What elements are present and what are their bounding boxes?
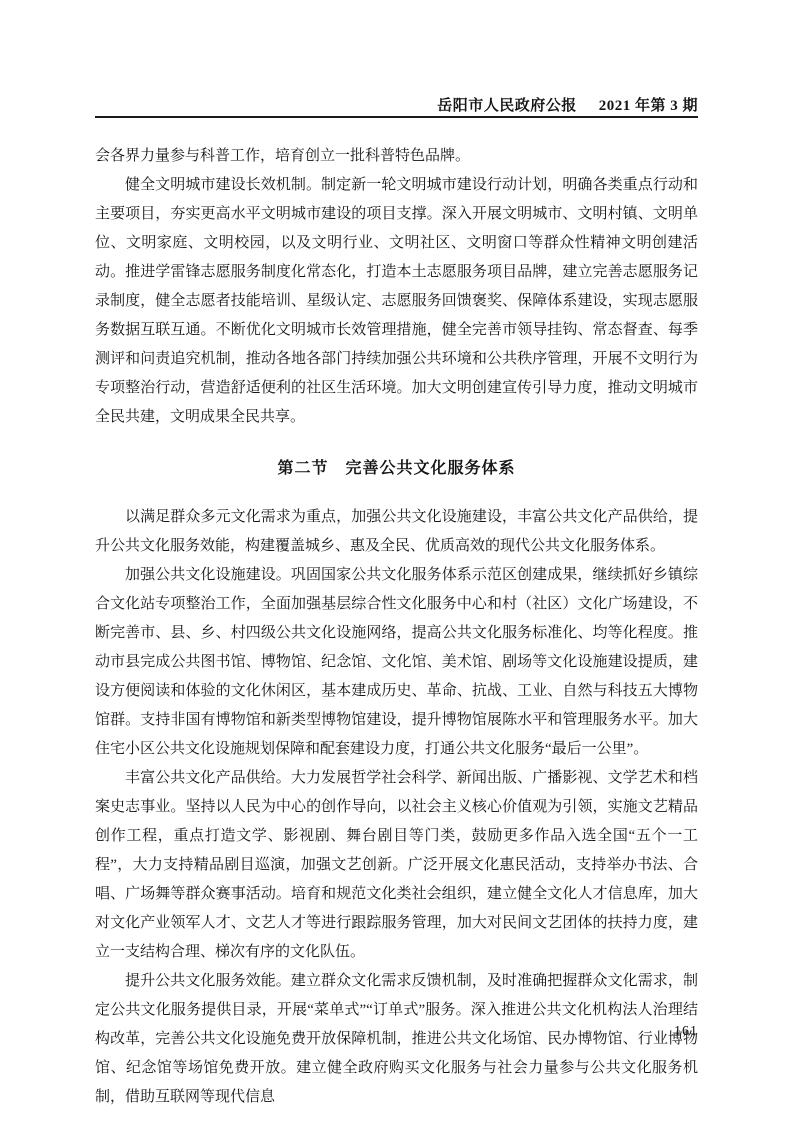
gazette-page: 岳阳市人民政府公报2021 年第 3 期 会各界力量参与科普工作，培育创立一批科… — [0, 0, 793, 1122]
document-body: 会各界力量参与科普工作，培育创立一批科普特色品牌。 健全文明城市建设长效机制。制… — [95, 142, 698, 1112]
body-paragraph-continuation: 会各界力量参与科普工作，培育创立一批科普特色品牌。 — [95, 142, 698, 171]
body-paragraph: 提升公共文化服务效能。建立群众文化需求反馈机制，及时准确把握群众文化需求，制定公… — [95, 967, 698, 1112]
body-paragraph: 丰富公共文化产品供给。大力发展哲学社会科学、新闻出版、广播影视、文学艺术和档案史… — [95, 764, 698, 967]
body-paragraph: 以满足群众多元文化需求为重点，加强公共文化设施建设，丰富公共文化产品供给，提升公… — [95, 503, 698, 561]
body-paragraph: 加强公共文化设施建设。巩固国家公共文化服务体系示范区创建成果，继续抓好乡镇综合文… — [95, 561, 698, 764]
running-header: 岳阳市人民政府公报2021 年第 3 期 — [95, 94, 698, 115]
section-heading: 第二节 完善公共文化服务体系 — [95, 454, 698, 483]
page-number: 161 — [674, 1024, 698, 1040]
body-paragraph: 健全文明城市建设长效机制。制定新一轮文明城市建设行动计划，明确各类重点行动和主要… — [95, 171, 698, 432]
gazette-issue: 2021 年第 3 期 — [599, 94, 698, 115]
gazette-title: 岳阳市人民政府公报 — [437, 98, 577, 114]
header-rule — [95, 116, 698, 118]
